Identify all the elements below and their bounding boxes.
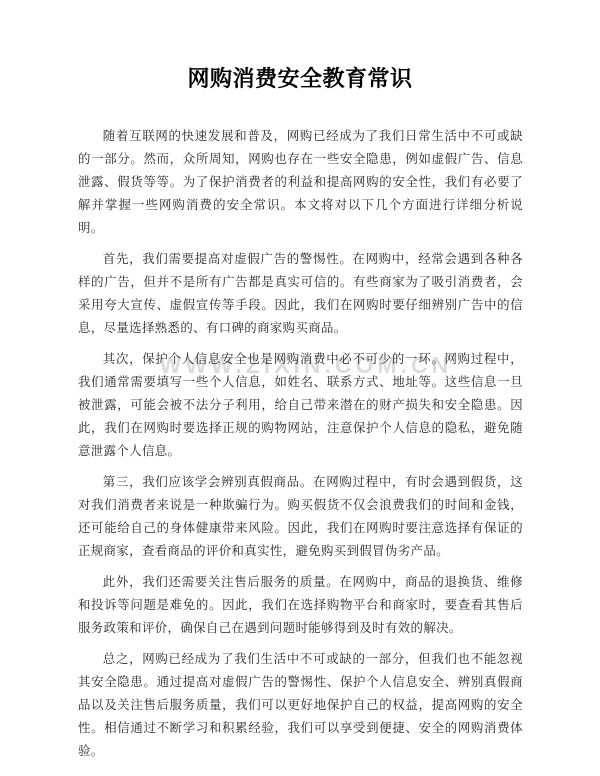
paragraph-personal-info: 其次，保护个人信息安全也是网购消费中必不可少的一环。网购过程中，我们通常需要填写…	[78, 347, 523, 462]
document-title: 网购消费安全教育常识	[78, 64, 522, 94]
paragraph-conclusion: 总之，网购已经成为了我们生活中不可或缺的一部分，但我们也不能忽视其安全隐患。通过…	[78, 647, 523, 762]
document-body: 随着互联网的快速发展和普及，网购已经成为了我们日常生活中不可或缺的一部分。然而，…	[78, 124, 523, 762]
paragraph-after-sales: 此外，我们还需要关注售后服务的质量。在网购中，商品的退换货、维修和投诉等问题是难…	[78, 570, 523, 639]
paragraph-intro: 随着互联网的快速发展和普及，网购已经成为了我们日常生活中不可或缺的一部分。然而，…	[78, 124, 523, 239]
paragraph-false-advertising: 首先，我们需要提高对虚假广告的警惕性。在网购中，经常会遇到各种各样的广告，但并不…	[78, 247, 523, 339]
document-page: WWW.ZIXIN.COM.CN 网购消费安全教育常识 随着互联网的快速发展和普…	[0, 0, 600, 776]
paragraph-counterfeit-goods: 第三，我们应该学会辨别真假商品。在网购过程中，有时会遇到假货，这对我们消费者来说…	[78, 470, 523, 562]
